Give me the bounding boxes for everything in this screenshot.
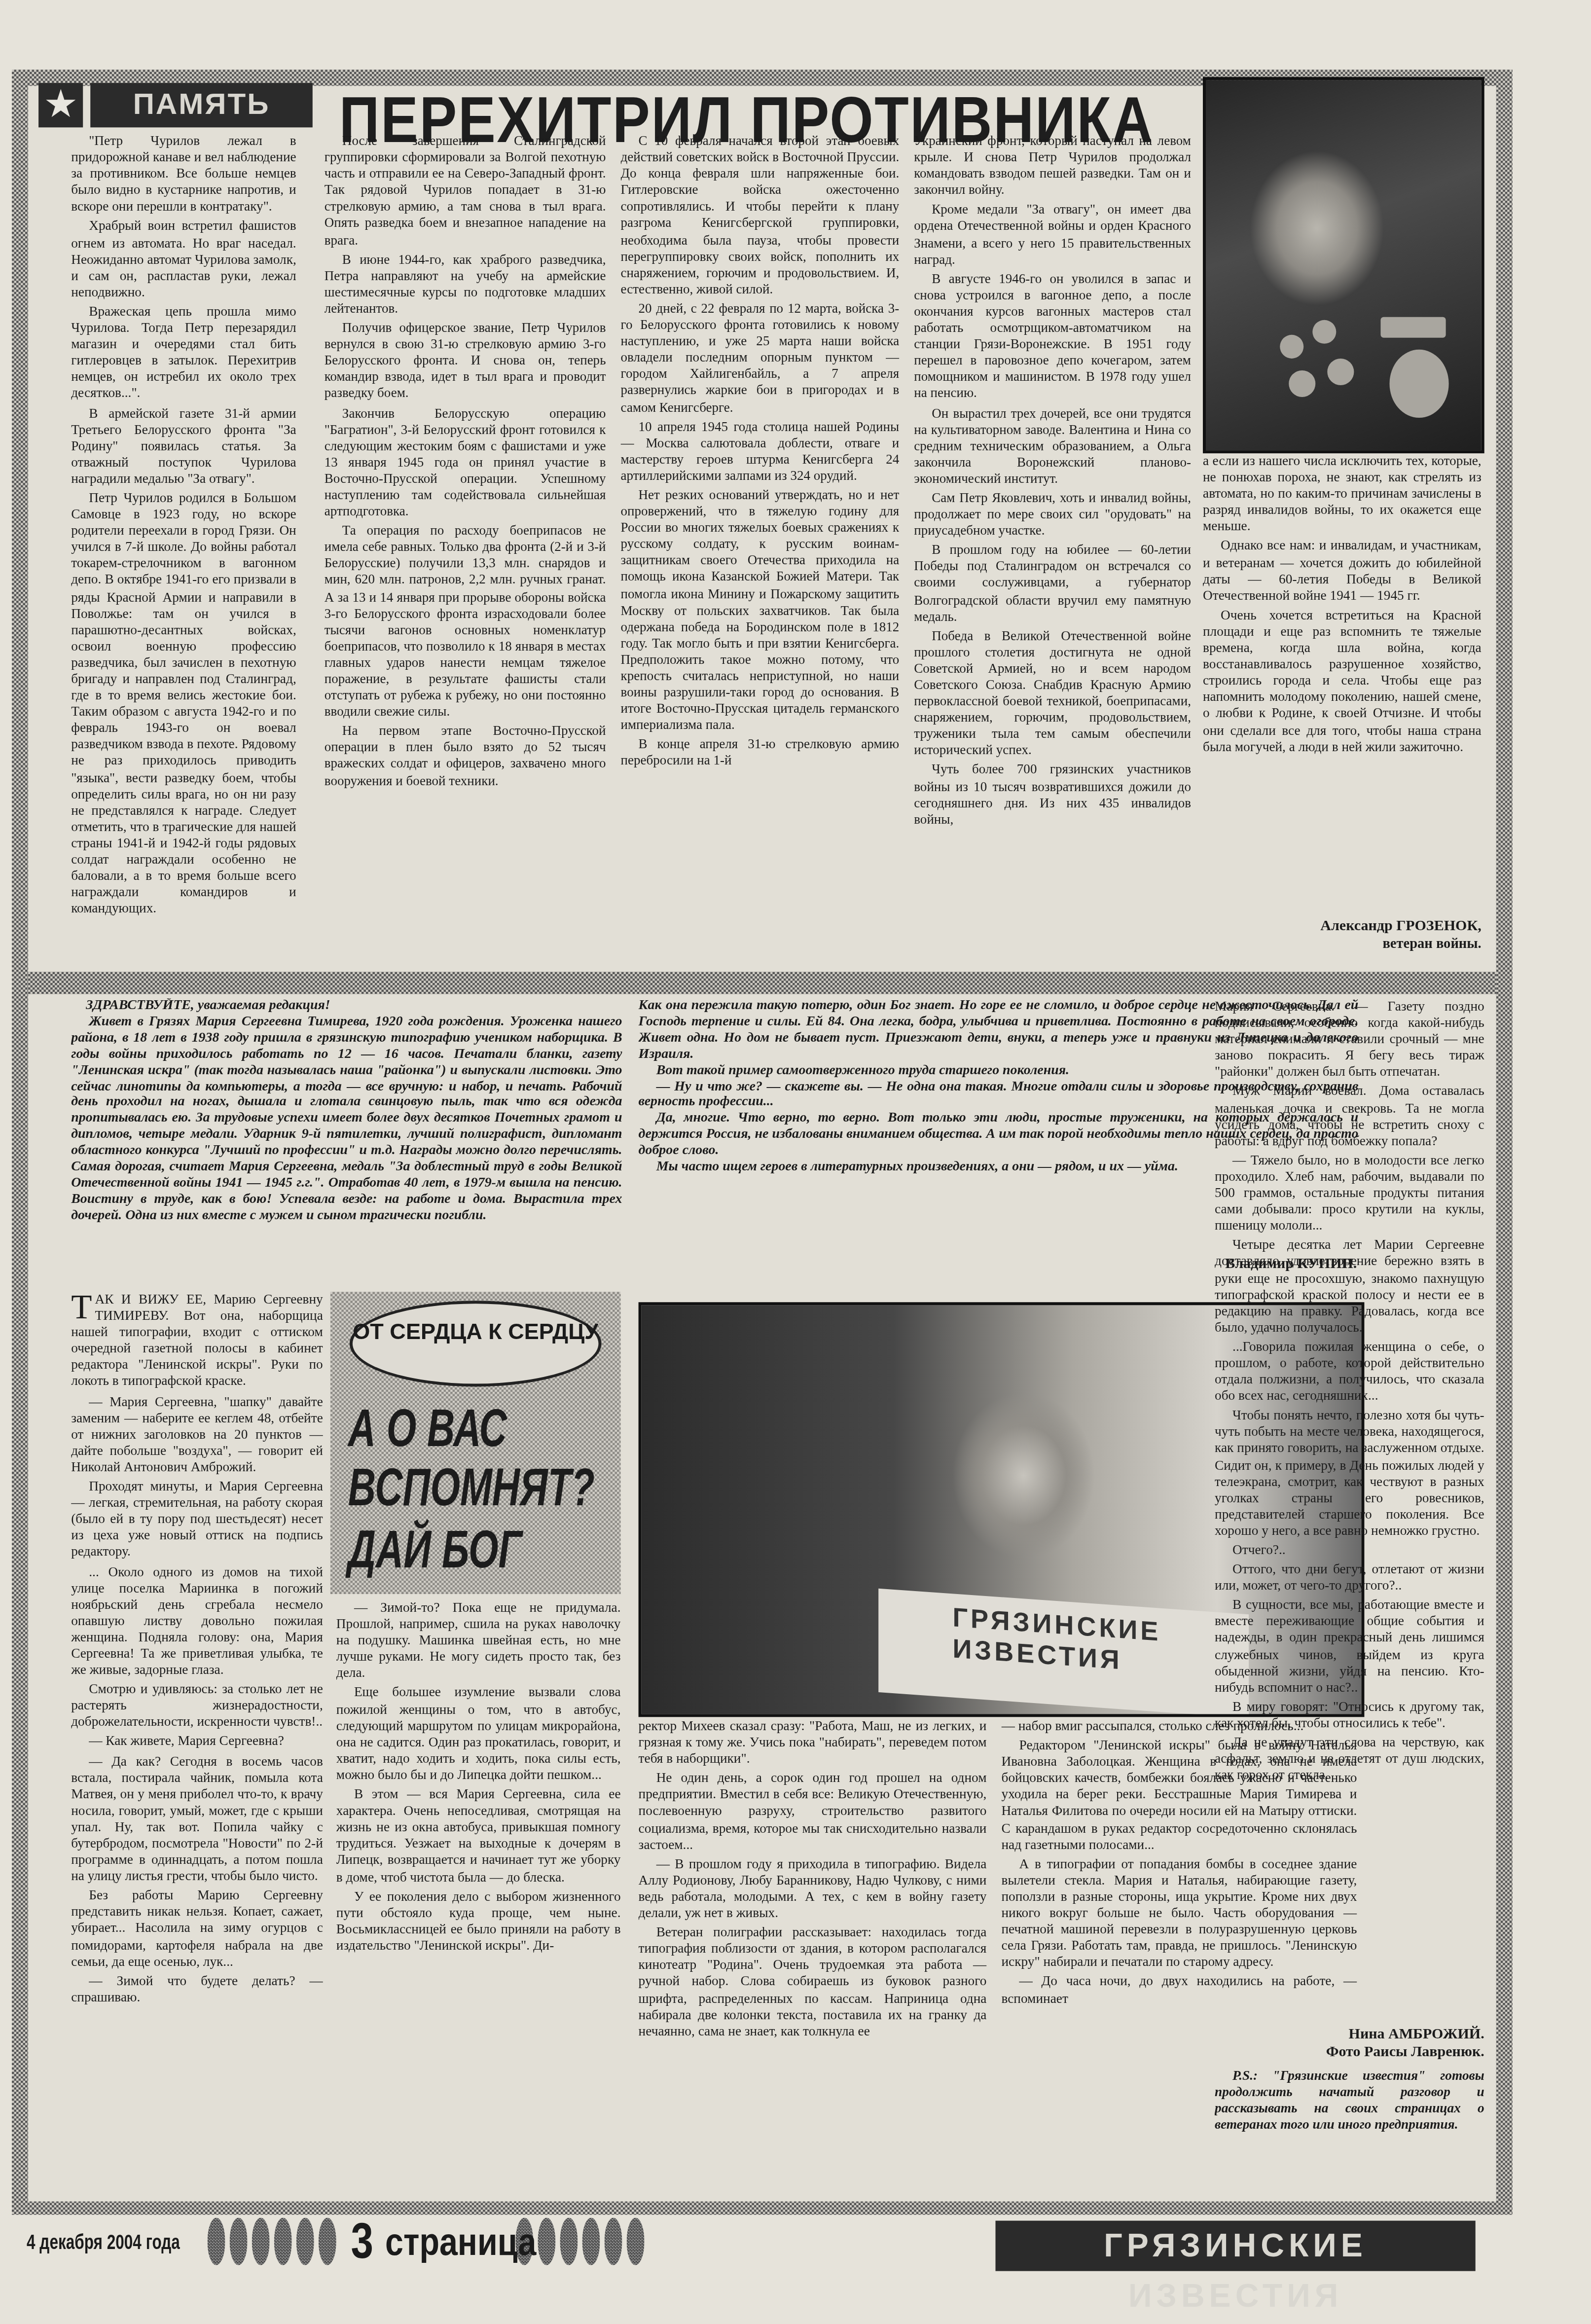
medals-cluster-icon [1389,350,1448,418]
article1-column-3: С 10 февраля начался второй этап боевых … [621,133,900,963]
author-name: Александр ГРОЗЕНОК, [1203,918,1482,936]
article2-column-3: ректор Михеев сказал сразу: "Работа, Маш… [639,1718,987,2185]
article-divider [28,972,1496,994]
article1-signature: Александр ГРОЗЕНОК, ветеран войны. [1203,918,1482,954]
rubric-label: ПАМЯТЬ [90,83,313,127]
callout-rubric: ОТ СЕРДЦА К СЕРДЦУ [350,1301,602,1386]
postscript: P.S.: "Грязинские известия" готовы продо… [1215,2068,1484,2186]
newspaper-in-photo: ГРЯЗИНСКИЕ ИЗВЕСТИЯ [878,1589,1249,1717]
photo-credit: Фото Раисы Лавренюк. [1215,2044,1484,2062]
callout-line-2: ВСПОМНЯТ? [348,1458,540,1517]
article2-column-1: ТАК И ВИЖУ ЕЕ, Марию Сергеевну ТИМИРЕВУ.… [71,1292,323,2180]
callout-box: ОТ СЕРДЦА К СЕРДЦУ А О ВАС ВСПОМНЯТ? ДАЙ… [330,1292,621,1594]
callout-line-3: ДАЙ БОГ [348,1520,540,1579]
page-footer: 4 декабря 2004 года 3 страница ГРЯЗИНСКИ… [12,2218,1513,2265]
newspaper-page: ★ ПАМЯТЬ ПЕРЕХИТРИЛ ПРОТИВНИКА "Петр Чур… [0,0,1591,2324]
page-number: 3 [351,2218,373,2265]
order-icon [1327,359,1354,385]
article1-column-1: "Петр Чурилов лежал в придорожной канаве… [71,133,296,963]
veteran-photo [1203,77,1484,453]
author-name: Нина АМБРОЖИЙ. [1215,2027,1484,2044]
article1-column-5: а если из нашего числа исключить тех, ко… [1203,453,1482,921]
star-icon: ★ [38,83,83,127]
callout-line-1: А О ВАС [348,1398,540,1457]
drop-cap: Т [71,1293,92,1323]
issue-date: 4 декабря 2004 года [27,2230,158,2253]
ribbon-bar-icon [1380,317,1446,338]
letter-intro-left: ЗДРАВСТВУЙТЕ, уважаемая редакция! Живет … [71,998,622,1225]
rubric-pamyat: ★ ПАМЯТЬ [38,83,313,127]
article1-column-4: Украинский фронт, который наступал на ле… [914,133,1191,963]
article1-column-2: После завершения Сталинградской группиро… [325,133,606,963]
article2-signature: Нина АМБРОЖИЙ. Фото Раисы Лавренюк. [1215,2027,1484,2062]
medal-icon [1280,335,1303,359]
medal-icon [1312,320,1336,344]
order-icon [1289,370,1315,397]
page-label: страница [385,2218,486,2265]
newspaper-masthead: ГРЯЗИНСКИЕ ИЗВЕСТИЯ [995,2221,1475,2271]
article2-column-5: Мария Сергеевна. — Газету поздно подписы… [1215,998,1484,2006]
article2-column-2: — Зимой-то? Пока еще не придумала. Прошл… [336,1600,621,2185]
decorative-dots-left [208,2218,336,2265]
author-role: ветеран войны. [1203,936,1482,954]
